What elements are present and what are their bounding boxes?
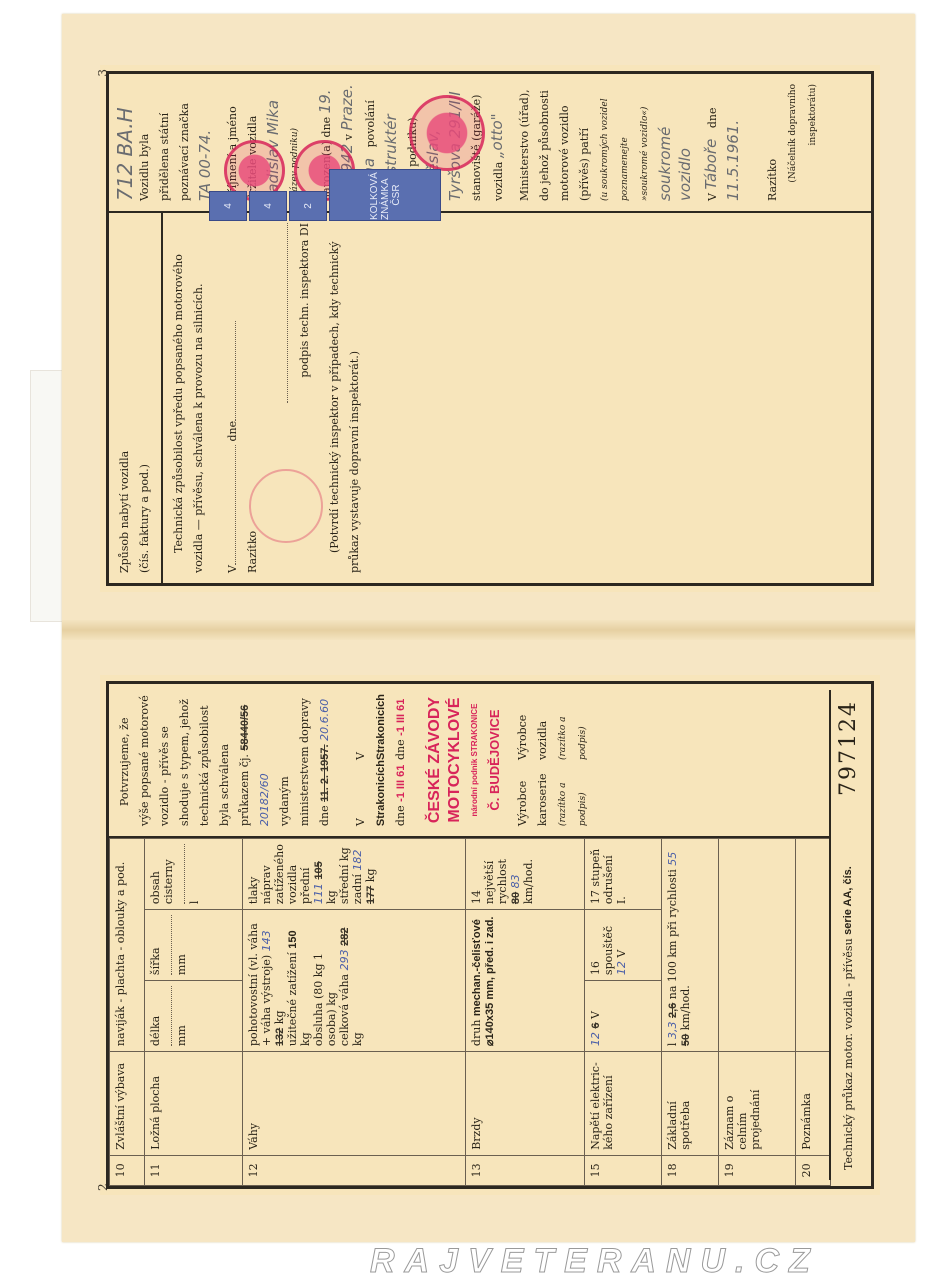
- voltage-handwritten: 12: [589, 1032, 602, 1046]
- row-number: 14: [470, 890, 483, 904]
- chief-signature-label: (Náčelník dopravního inspektorátu): [783, 84, 823, 201]
- front-axle-printed: 105: [313, 861, 325, 879]
- speed-unit: km/hod.: [679, 985, 692, 1030]
- row-label: Váhy: [243, 1052, 466, 1156]
- rear-axle-label: zadní: [351, 874, 364, 904]
- voltage-unit: V: [615, 950, 628, 958]
- manufacturer-stamp-sub: národní podnik STRAKONICE: [465, 694, 485, 826]
- ministry-date-printed: 11. 2. 1957.: [319, 744, 331, 802]
- issue-date: 11.5.1961.: [724, 120, 742, 201]
- unit: kg: [351, 1032, 364, 1046]
- ministry-value: soukromé vozidlo: [655, 84, 695, 201]
- issue-place-label: V: [706, 193, 719, 201]
- spec-table: 10Zvláštní výbavanaviják - plachta - obl…: [109, 838, 831, 1186]
- ready-weight-printed: 132: [274, 1028, 286, 1046]
- garage-value: „otto": [488, 113, 506, 158]
- page-3-footer-anchor: [820, 592, 860, 1112]
- fuel-text: na 100 km při rychlosti: [666, 869, 679, 999]
- fuel-speed-printed: 50: [680, 1034, 692, 1046]
- rear-axle-printed: 177: [365, 886, 377, 904]
- page-fold: [62, 620, 915, 640]
- max-speed-handwritten: 83: [509, 874, 522, 888]
- watermark: RAJVETERANU.CZ: [370, 1242, 820, 1280]
- fuel-handwritten: 3,3: [666, 1022, 679, 1040]
- unit: kg: [325, 890, 338, 904]
- place-prefix: V: [354, 752, 367, 760]
- date-label: dne: [394, 739, 407, 760]
- vehicle-maker-sublabel: (razítko a podpis): [553, 694, 593, 760]
- confirmation-section: Potvrzujeme, že výše popsané motorové vo…: [109, 684, 831, 838]
- birth-place-prefix: v: [342, 134, 355, 140]
- paper-edge: [30, 370, 66, 622]
- row-number: 10: [110, 1155, 145, 1185]
- plate-label: Vozidlu byla přidělena státní poznávací …: [138, 103, 191, 201]
- tank-label: obsah cisterny: [149, 859, 175, 904]
- place-right: Strakonicích: [375, 694, 387, 760]
- fuel-unit: l: [666, 1043, 679, 1047]
- total-weight-label: celková váha: [338, 974, 351, 1046]
- acquisition-label: Způsob nabytí vozidla: [115, 223, 135, 573]
- unit: kg: [273, 1010, 286, 1024]
- fuel-printed: 2,6: [667, 1003, 679, 1018]
- row-label: Záznam o celním projednání: [718, 1052, 795, 1156]
- payload-label: užitečné zatížení: [286, 952, 299, 1046]
- unit: kg: [338, 847, 351, 861]
- rear-axle-handwritten: 182: [351, 850, 364, 871]
- tech-approval-text: Technická způsobilost vpředu popsaného m…: [169, 223, 209, 573]
- confirmation-text: Potvrzujeme, že výše popsané motorové vo…: [118, 695, 251, 826]
- row-label: Základní spotřeba: [662, 1052, 718, 1156]
- body-maker-sublabel: (razítko a podpis): [553, 760, 593, 826]
- faint-stamp: [249, 469, 323, 543]
- stamp-label-2: Razítko: [763, 84, 783, 201]
- revenue-stamp-large: KOLKOVÁ ZNÁMKAČSR: [329, 169, 441, 221]
- row-number: 12: [243, 1155, 466, 1185]
- total-weight-printed: 282: [339, 928, 351, 946]
- length-unit: mm: [175, 1025, 188, 1046]
- row-label: Ložná plocha: [145, 1052, 243, 1156]
- axle-load-label: tlaky náprav zatíženého vozidla: [247, 844, 299, 904]
- handwritten-code: 712 BA.H: [115, 84, 135, 201]
- approval-number-handwritten: 20182/60: [258, 773, 271, 826]
- unit: kg: [325, 992, 338, 1006]
- body-maker-label: Výrobce karoserie: [513, 760, 553, 826]
- place-left: Strakonicích: [375, 760, 387, 826]
- revenue-stamp: 4: [249, 191, 287, 221]
- page-2: 2 10Zvláštní výbavanaviják - plachta - o…: [100, 675, 880, 1195]
- row-label: Zvláštní výbava: [110, 1052, 145, 1156]
- length-label: délka: [149, 1016, 162, 1046]
- registration-section: 712 BA.H Vozidlu byla přidělena státní p…: [109, 74, 871, 211]
- starter-value: 12: [615, 961, 628, 975]
- ministry-sublabel: (u soukromých vozidel poznamenejte »souk…: [595, 84, 655, 201]
- date-label: dne: [394, 805, 407, 826]
- occupation-label: povolání: [364, 100, 377, 147]
- speed-unit: km/hod.: [522, 859, 535, 904]
- width-unit: mm: [175, 954, 188, 975]
- date-stamp-right: -1 III 61: [395, 699, 407, 736]
- brake-type-label: druh: [470, 1020, 483, 1046]
- middle-axle-label: střední: [338, 865, 351, 904]
- date-label: dne: [226, 421, 239, 442]
- row-number: 11: [145, 1155, 243, 1185]
- row-value: naviják - plachta - oblouky a pod.: [110, 839, 145, 1052]
- row-number: 15: [585, 1155, 662, 1185]
- width-label: šířka: [149, 947, 162, 975]
- page-3: 3 Způsob nabytí vozidla (čís. faktury a …: [100, 65, 880, 592]
- fuel-speed-handwritten: 55: [666, 852, 679, 866]
- date-stamp-left: -1 III 61: [395, 765, 407, 802]
- max-speed-label: největší rychlost: [483, 859, 509, 904]
- page-frame: Způsob nabytí vozidla (čís. faktury a po…: [106, 71, 874, 586]
- payload-value: 150: [287, 930, 299, 948]
- page-frame: 10Zvláštní výbavanaviják - plachta - obl…: [106, 681, 874, 1189]
- inspectorate-stamp: [409, 95, 485, 171]
- row-number: 13: [466, 1155, 585, 1185]
- front-axle-label: přední: [299, 868, 312, 904]
- inspector-note: (Potvrdí technický inspektor v případech…: [325, 223, 365, 573]
- total-weight-handwritten: 293: [338, 949, 351, 970]
- unit: kg: [364, 868, 377, 882]
- voltage-printed: 6: [590, 1022, 602, 1028]
- issue-date-label: dne: [706, 108, 719, 129]
- ready-weight-handwritten: 143: [260, 930, 273, 951]
- approval-number-printed: 58440/56: [239, 705, 251, 751]
- vehicle-maker-label: Výrobce vozidla: [513, 694, 553, 760]
- voltage-unit: V: [589, 1011, 602, 1019]
- row-number: 19: [718, 1155, 795, 1185]
- acquisition-sublabel: (čís. faktury a pod.): [135, 223, 155, 573]
- place-label: V: [226, 565, 239, 573]
- place-prefix: V: [354, 818, 367, 826]
- manufacturer-stamp-city: Č. BUDĚJOVICE: [485, 694, 505, 826]
- row-number: 17: [589, 890, 602, 904]
- birth-place: Praze.: [338, 84, 356, 130]
- row-label: Napětí elektric-kého zařízení: [585, 1052, 662, 1156]
- starter-label: spouštěč: [602, 926, 615, 975]
- ministry-label: Ministerstvo (úřad), do jehož působnosti…: [515, 84, 595, 201]
- manufacturer-stamp: ČESKÉ ZÁVODY MOTOCYKLOVÉ: [425, 694, 465, 826]
- tank-unit: l: [188, 901, 201, 905]
- unit: kg: [299, 1032, 312, 1046]
- ministry-date-handwritten: 20.6.60: [318, 699, 331, 741]
- row-number: 16: [589, 961, 602, 975]
- max-speed-printed: 80: [510, 892, 522, 904]
- row-label: Brzdy: [466, 1052, 585, 1156]
- row-number: 20: [795, 1155, 830, 1185]
- row-number: 18: [662, 1155, 718, 1185]
- acquisition-section: Způsob nabytí vozidla (čís. faktury a po…: [109, 213, 163, 583]
- revenue-stamp: 4: [209, 191, 247, 221]
- suppression-value: I.: [615, 896, 628, 904]
- front-axle-handwritten: 111: [312, 883, 325, 904]
- issue-place: Táboře: [702, 139, 720, 190]
- revenue-stamp: 2: [289, 191, 327, 221]
